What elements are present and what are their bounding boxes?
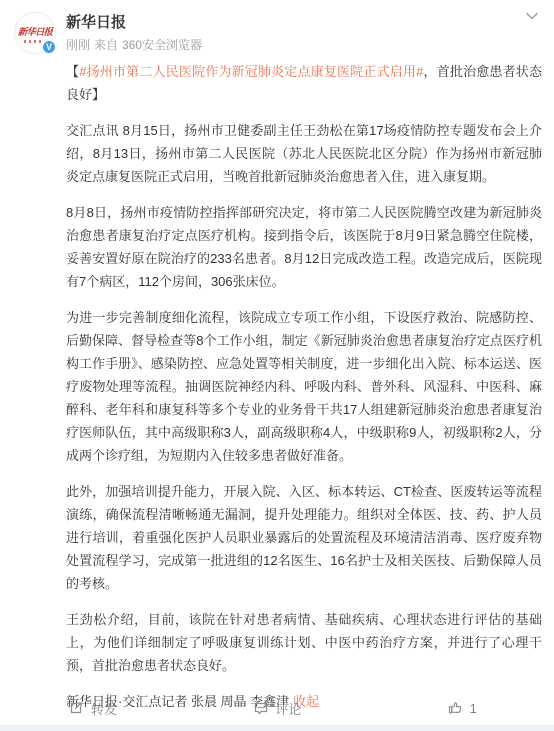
post-paragraph: 8月8日，扬州市疫情防控指挥部研究决定，将市第二人民医院腾空改建为新冠肺炎治愈患…: [66, 201, 542, 293]
post-paragraph: 为进一步完善制度细化流程，该院成立专项工作小组，下设医疗救治、院感防控、后勤保障…: [66, 306, 542, 467]
chevron-down-icon[interactable]: [522, 6, 542, 26]
comment-label: 评论: [276, 699, 302, 718]
like-count: 1: [470, 701, 477, 716]
post-paragraph: 此外，加强培训提升能力，开展入院、入区、标本转运、CT检查、医废转运等流程演练，…: [66, 480, 542, 595]
verified-badge-icon: V: [41, 39, 57, 55]
avatar-logo-text: 新华日报: [18, 23, 52, 37]
repost-label: 转发: [91, 699, 117, 718]
title-open-bracket: 【: [66, 64, 79, 79]
account-name[interactable]: 新华日报: [66, 12, 126, 33]
post-time[interactable]: 刚刚: [66, 38, 90, 52]
like-button[interactable]: 1: [369, 691, 554, 725]
card-bottom-divider: [0, 725, 554, 731]
source-link[interactable]: 360安全浏览器: [122, 38, 202, 52]
thumbs-up-icon: [447, 700, 463, 716]
post-header: 新华日报 V 新华日报 刚刚来自360安全浏览器: [0, 0, 554, 56]
post-title: 【#扬州市第二人民医院作为新冠肺炎定点康复医院正式启用#，首批治愈患者状态良好】: [66, 60, 542, 106]
repost-icon: [68, 700, 84, 716]
repost-button[interactable]: 转发: [0, 691, 185, 725]
hashtag-link[interactable]: #扬州市第二人民医院作为新冠肺炎定点康复医院正式启用#: [79, 64, 423, 79]
post-meta: 刚刚来自360安全浏览器: [66, 36, 540, 53]
post-body: 【#扬州市第二人民医院作为新冠肺炎定点康复医院正式启用#，首批治愈患者状态良好】…: [0, 56, 554, 713]
source-prefix: 来自: [94, 38, 118, 52]
post-paragraph: 交汇点讯 8月15日，扬州市卫健委副主任王劲松在第17场疫情防控专题发布会上介绍…: [66, 119, 542, 188]
comment-icon: [253, 700, 269, 716]
post-card: 新华日报 V 新华日报 刚刚来自360安全浏览器 【#扬州市第二人民医院作为新冠…: [0, 0, 554, 731]
post-paragraph: 王劲松介绍，目前，该院在针对患者病情、基础疾病、心理状态进行评估的基础上，为他们…: [66, 608, 542, 677]
comment-button[interactable]: 评论: [185, 691, 370, 725]
action-bar: 转发 评论 1: [0, 691, 554, 725]
